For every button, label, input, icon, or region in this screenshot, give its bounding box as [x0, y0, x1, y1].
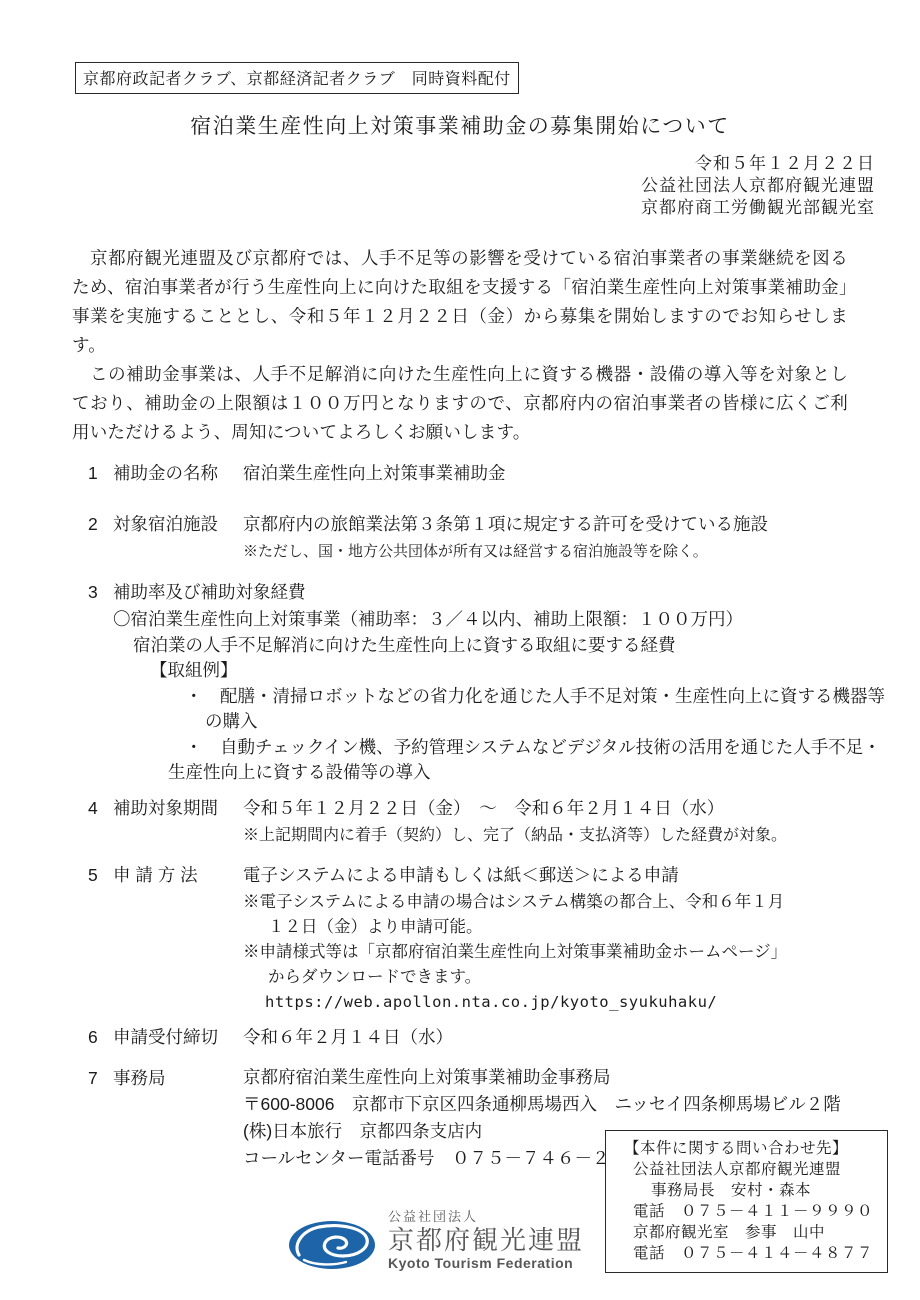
intro-paragraph-2: この補助金事業は、人手不足解消に向けた生産性向上に資する機器・設備の導入等を対象… [72, 360, 848, 447]
section-note: ※上記期間内に着手（契約）し、完了（納品・支払済等）した経費が対象。 [243, 823, 860, 849]
document-title: 宿泊業生産性向上対策事業補助金の募集開始について [0, 110, 920, 140]
section-note: ※ただし、国・地方公共団体が所有又は経営する宿泊施設等を除く。 [243, 539, 860, 564]
intro-paragraphs: 京都府観光連盟及び京都府では、人手不足等の影響を受けている宿泊事業者の事業継続を… [72, 244, 848, 447]
swirl-oval-logo-icon [288, 1220, 376, 1270]
section-number: 5 [88, 861, 113, 1015]
program-line: 〇宿泊業生産性向上対策事業（補助率：３／４以内、補助上限額：１００万円） [113, 607, 920, 633]
example-bullet-2: ・ 自動チェックイン機、予約管理システムなどデジタル技術の活用を通じた人手不足・ [185, 735, 920, 761]
section-value-group: 電子システムによる申請もしくは紙＜郵送＞による申請 ※電子システムによる申請の場… [243, 861, 860, 1015]
example-bullet-1: ・ 配膳・清掃ロボットなどの省力化を通じた人手不足対策・生産性向上に資する機器等 [185, 684, 920, 710]
section-subsidy-rate: 3 補助率及び補助対象経費 [88, 578, 860, 607]
section-label: 事務局 [113, 1064, 243, 1172]
inquiry-contact-box: 【本件に関する問い合わせ先】 公益社団法人京都府観光連盟 事務局長 安村・森本 … [605, 1130, 888, 1273]
press-release-page: 京都府政記者クラブ、京都経済記者クラブ 同時資料配付 宿泊業生産性向上対策事業補… [0, 0, 920, 1300]
secretariat-address: 〒600-8006 京都市下京区四条通柳馬場西入 ニッセイ四条柳馬場ビル２階 [243, 1091, 860, 1118]
inquiry-box-title: 【本件に関する問い合わせ先】 [624, 1138, 881, 1159]
application-note-2: ※申請様式等は「京都府宿泊業生産性向上対策事業補助金ホームページ」 [243, 940, 860, 965]
application-note-1: ※電子システムによる申請の場合はシステム構築の都合上、令和６年１月 [243, 890, 860, 915]
section-number: 2 [88, 510, 113, 564]
logo-text-block: 公益社団法人 京都府観光連盟 Kyoto Tourism Federation [388, 1206, 584, 1271]
section-number: 3 [88, 578, 113, 607]
inquiry-org: 公益社団法人京都府観光連盟 [624, 1159, 881, 1180]
section-label: 申請受付締切 [113, 1023, 243, 1052]
section-number: 7 [88, 1064, 113, 1172]
expense-line: 宿泊業の人手不足解消に向けた生産性向上に資する取組に要する経費 [133, 633, 920, 659]
section-value: 宿泊業生産性向上対策事業補助金 [243, 459, 860, 488]
logo-org-name-english: Kyoto Tourism Federation [388, 1255, 584, 1271]
inquiry-tourism-office: 京都府観光室 参事 山中 [624, 1222, 881, 1243]
issue-date: 令和５年１２月２２日 [0, 153, 875, 175]
section-number: 4 [88, 794, 113, 849]
section-eligible-facilities: 2 対象宿泊施設 京都府内の旅館業法第３条第１項に規定する許可を受けている施設 … [88, 510, 860, 564]
example-bullet-2-continued: 生産性向上に資する設備等の導入 [168, 760, 920, 786]
example-bullet-1-continued: の購入 [205, 709, 920, 735]
issuer-block: 令和５年１２月２２日 公益社団法人京都府観光連盟 京都府商工労働観光部観光室 [0, 153, 920, 219]
section-value: 令和６年２月１４日（水） [243, 1023, 860, 1052]
logo-org-type: 公益社団法人 [388, 1206, 584, 1225]
examples-heading: 【取組例】 [150, 658, 920, 684]
section-label: 補助率及び補助対象経費 [113, 578, 860, 607]
issuer-department: 京都府商工労働観光部観光室 [0, 197, 875, 219]
section-application-method: 5 申 請 方 法 電子システムによる申請もしくは紙＜郵送＞による申請 ※電子シ… [88, 861, 860, 1015]
issuer-federation: 公益社団法人京都府観光連盟 [0, 175, 875, 197]
section-eligible-period: 4 補助対象期間 令和５年１２月２２日（金） ～ 令和６年２月１４日（水） ※上… [88, 794, 860, 849]
section-label: 補助金の名称 [113, 459, 243, 488]
section-value: 電子システムによる申請もしくは紙＜郵送＞による申請 [243, 861, 860, 890]
section-value: 京都府内の旅館業法第３条第１項に規定する許可を受けている施設 [243, 510, 860, 539]
section-label: 補助対象期間 [113, 794, 243, 849]
section-number: 6 [88, 1023, 113, 1052]
section-application-deadline: 6 申請受付締切 令和６年２月１４日（水） [88, 1023, 860, 1052]
kyoto-tourism-federation-logo: 公益社団法人 京都府観光連盟 Kyoto Tourism Federation [288, 1206, 584, 1271]
section-value-group: 京都府内の旅館業法第３条第１項に規定する許可を受けている施設 ※ただし、国・地方… [243, 510, 860, 564]
inquiry-phone-2: 電話 ０７５－４１４－４８７７ [624, 1243, 881, 1264]
inquiry-phone-1: 電話 ０７５－４１１－９９９０ [624, 1201, 881, 1222]
application-note-2-continued: からダウンロードできます。 [243, 965, 860, 990]
secretariat-name: 京都府宿泊業生産性向上対策事業補助金事務局 [243, 1064, 860, 1091]
section-value-group: 令和５年１２月２２日（金） ～ 令和６年２月１４日（水） ※上記期間内に着手（契… [243, 794, 860, 849]
section-label: 申 請 方 法 [113, 861, 243, 1015]
application-url: https://web.apollon.nta.co.jp/kyoto_syuk… [243, 990, 860, 1015]
intro-paragraph-1: 京都府観光連盟及び京都府では、人手不足等の影響を受けている宿泊事業者の事業継続を… [72, 244, 848, 360]
inquiry-director: 事務局長 安村・森本 [624, 1180, 881, 1201]
press-club-distribution-box: 京都府政記者クラブ、京都経済記者クラブ 同時資料配付 [75, 62, 519, 94]
logo-org-name: 京都府観光連盟 [388, 1225, 584, 1255]
section-value: 令和５年１２月２２日（金） ～ 令和６年２月１４日（水） [243, 794, 860, 823]
section-subsidy-name: 1 補助金の名称 宿泊業生産性向上対策事業補助金 [88, 459, 860, 488]
application-note-1-continued: １２日（金）より申請可能。 [243, 915, 860, 940]
section-label: 対象宿泊施設 [113, 510, 243, 564]
subsidy-rate-details: 〇宿泊業生産性向上対策事業（補助率：３／４以内、補助上限額：１００万円） 宿泊業… [0, 607, 920, 786]
section-number: 1 [88, 459, 113, 488]
